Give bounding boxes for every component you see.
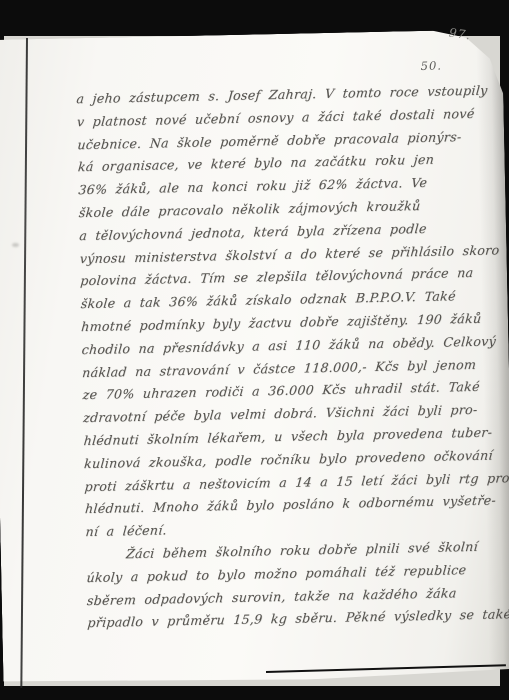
handwritten-text-block: a jeho zástupcem s. Josef Zahraj. V tomt…: [75, 80, 472, 635]
scanned-manuscript-page: 50. a jeho zástupcem s. Josef Zahraj. V …: [0, 29, 509, 686]
pencil-corner-note: 97.: [448, 26, 472, 43]
scan-corner-artifact: [0, 686, 14, 700]
scan-smudge: [12, 243, 19, 247]
page-number: 50.: [421, 59, 443, 73]
